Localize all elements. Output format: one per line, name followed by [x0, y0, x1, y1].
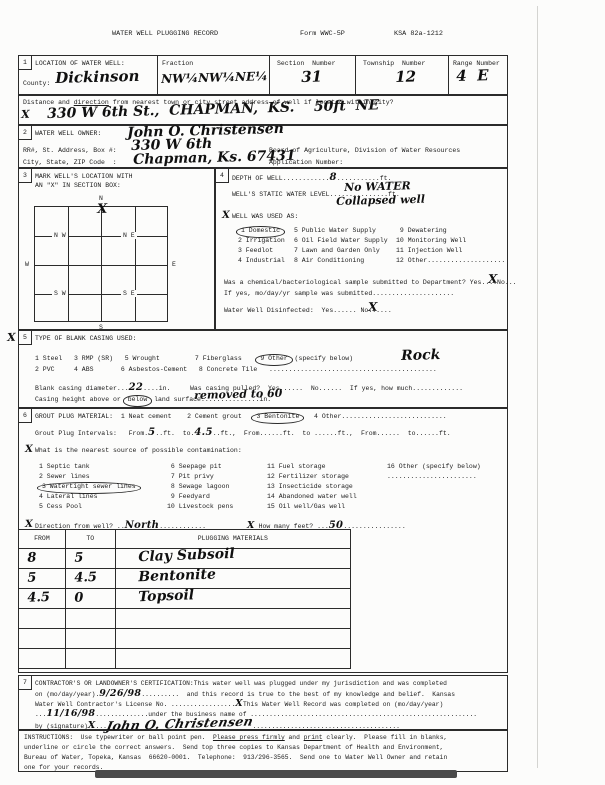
used-as-item: 10 Monitoring Well [396, 237, 466, 244]
bentonite-circled: 3 Bentonite [251, 412, 304, 424]
casing-other-rock-handwritten: Rock [401, 348, 441, 363]
contamination-item: 8 Sewage lagoon [167, 483, 229, 490]
static-note-collapsed-handwritten: Collapsed well [336, 194, 425, 207]
distance-x-mark: X [21, 109, 30, 120]
grid-line [35, 265, 167, 266]
table-row [19, 648, 350, 668]
used-as-item: 12 Other.................... [396, 257, 505, 264]
form-statute: KSA 82a-1212 [394, 31, 443, 38]
certification-line2: on (mo/day/year).9/26/98.......... and t… [35, 690, 455, 698]
contamination-item: 9 Feedyard [167, 493, 210, 500]
section-number-label: Section Number [277, 60, 336, 67]
range-cell: Range Number 4 E [448, 56, 509, 94]
section-number-cell: Section Number 31 [269, 56, 356, 94]
table-row [19, 608, 350, 628]
certification-line5: by (signature)X...John O. Christensen...… [35, 720, 400, 730]
plugging-table: FROM TO PLUGGING MATERIALS 8 5 Clay Subs… [18, 529, 351, 669]
record-date-handwritten: 11/16/98 [46, 708, 95, 719]
section3-number: 3 [19, 169, 32, 183]
address-label: RR#, St. Address, Box #: [23, 147, 117, 154]
instructions-box: INSTRUCTIONS: Use typewriter or ball poi… [18, 730, 508, 772]
contamination-item: 16 Other (specify below) [387, 463, 481, 470]
scan-shadow-band [95, 770, 457, 778]
grid-line [135, 207, 136, 321]
contamination-item: 3 Watertight sewer lines [39, 483, 139, 491]
section7-certification-box: 7 CONTRACTOR'S OR LANDOWNER'S CERTIFICAT… [18, 675, 508, 730]
city-label: City, State, ZIP Code : [23, 159, 117, 166]
casing-height-handwritten: removed to 60 [194, 388, 283, 401]
used-as-item: 3 Feedlot [238, 247, 273, 254]
section2-owner-box: 2 WATER WELL OWNER: John O. Christensen … [18, 125, 508, 168]
below-circled: below [123, 395, 153, 407]
disinfected-no-x-mark: X [368, 301, 378, 313]
compass-e-label: E [172, 261, 176, 268]
compass-se-label: S E [121, 290, 137, 297]
compass-sw-label: S W [52, 290, 68, 297]
fraction-value-handwritten: NW¼NW¼NE¼ [161, 70, 268, 85]
section1-location-box: 1 LOCATION OF WATER WELL: County: Dickin… [18, 55, 508, 95]
certification-line3: Water Well Contractor's License No. ....… [35, 700, 443, 708]
county-cell: LOCATION OF WATER WELL: County: Dickinso… [19, 56, 158, 94]
depth-value-handwritten: 8 [330, 172, 337, 183]
col-to-header: TO [66, 530, 115, 547]
page-edge-line [537, 6, 538, 768]
table-row [19, 628, 350, 648]
instructions-line4: one for your records. [24, 764, 103, 771]
well-location-x-mark: X [97, 203, 107, 216]
contamination-item: 6 Seepage pit [167, 463, 222, 470]
contamination-item: 2 Sewer lines [39, 473, 90, 480]
instructions-line3: Bureau of Water, Topeka, Kansas 66620-00… [24, 754, 447, 761]
sample-submitted-line: If yes, mo/day/yr sample was submitted..… [224, 290, 454, 297]
watertight-sewer-circled: 3 Watertight sewer lines [37, 482, 141, 494]
grout-intervals-line: Grout Plug Intervals: From.5..ft. to.4.5… [35, 429, 451, 437]
township-label: Township Number [363, 60, 425, 67]
contamination-item: 10 Livestock pens [167, 503, 233, 510]
other-circled: 9 Other [255, 354, 292, 366]
record-completed-x-mark: X [235, 698, 243, 709]
used-as-item: 7 Lawn and Garden Only [294, 247, 380, 254]
plugged-date-handwritten: 9/26/98 [99, 688, 141, 699]
section3-title-line1: MARK WELL'S LOCATION WITH [35, 173, 133, 180]
chem-sample-no-x-mark: X [488, 273, 498, 285]
township-cell: Township Number 12 [355, 56, 449, 94]
form-number: Form WWC-5P [300, 31, 345, 38]
section5-casing-box: 5 TYPE OF BLANK CASING USED: 1 Steel 3 R… [18, 330, 508, 408]
section-grid: N W N E S W S E X [34, 206, 168, 322]
used-as-item: 6 Oil Field Water Supply [294, 237, 388, 244]
fraction-label: Fraction [162, 60, 193, 67]
section3-mark-box: 3 MARK WELL'S LOCATION WITH AN "X" IN SE… [18, 168, 215, 330]
contamination-x-mark: X [25, 445, 33, 455]
contamination-item: 11 Fuel storage [267, 463, 326, 470]
county-label: County: [23, 80, 50, 87]
domestic-circled: 1 Domestic [236, 226, 285, 238]
section5-number: 5 [19, 331, 32, 345]
compass-ne-label: N E [121, 232, 137, 239]
used-as-item: 9 Dewatering [396, 227, 447, 234]
interval-to-handwritten: 4.5 [194, 427, 212, 438]
used-as-item: 8 Air Conditioning [294, 257, 364, 264]
county-value-handwritten: Dickinson [55, 69, 140, 86]
form-title: WATER WELL PLUGGING RECORD [112, 31, 218, 38]
owner-label: WATER WELL OWNER: [35, 130, 101, 137]
contamination-item: 12 Fertilizer storage [267, 473, 349, 480]
contamination-item: 1 Septic tank [39, 463, 90, 470]
used-as-item: 11 Injection Well [396, 247, 462, 254]
instructions-line2: underline or circle the correct answers.… [24, 744, 443, 751]
static-note-no-water-handwritten: No WATER [344, 180, 411, 193]
fraction-cell: Fraction NW¼NW¼NE¼ [157, 56, 270, 94]
city-value-handwritten: Chapman, Ks. 67431 [133, 149, 296, 167]
used-as-item: 2 Irrigation [238, 237, 285, 244]
grid-line [101, 207, 102, 321]
section4-depth-box: 4 DEPTH OF WELL............8...........f… [215, 168, 508, 330]
compass-w-label: W [25, 261, 29, 268]
section4-number: 4 [216, 169, 229, 183]
diameter-value-handwritten: 22 [129, 382, 144, 393]
signature-handwritten: John O. Christensen [106, 717, 254, 729]
contamination-item: ....................... [387, 473, 477, 480]
section1-title: LOCATION OF WATER WELL: [35, 60, 125, 67]
scanned-form-page: WATER WELL PLUGGING RECORD Form WWC-5P K… [0, 0, 605, 785]
contamination-item: 4 Lateral lines [39, 493, 98, 500]
contamination-title: What is the nearest source of possible c… [35, 447, 242, 454]
casing-type-row1: 1 Steel 3 RMP (SR) 5 Wrought 7 Fiberglas… [35, 355, 353, 363]
compass-nw-label: N W [52, 232, 68, 239]
used-as-item: 1 Domestic [238, 227, 283, 235]
contamination-item: 14 Abandoned water well [267, 493, 357, 500]
township-value-handwritten: 12 [395, 69, 416, 85]
section6-number: 6 [19, 409, 32, 423]
section2-number: 2 [19, 126, 32, 140]
grid-line [68, 207, 69, 321]
certification-line4: ...11/16/98..............under the busin… [35, 710, 477, 718]
contamination-item: 15 Oil well/Gas well [267, 503, 345, 510]
section5-title: TYPE OF BLANK CASING USED: [35, 335, 136, 342]
used-as-x-mark: X [222, 211, 230, 221]
certification-line1: CONTRACTOR'S OR LANDOWNER'S CERTIFICATIO… [35, 680, 447, 687]
used-as-item: 4 Industrial [238, 257, 285, 264]
used-as-item: 5 Public Water Supply [294, 227, 376, 234]
range-value-handwritten: 4 E [456, 68, 489, 84]
contamination-item: 13 Insecticide storage [267, 483, 353, 490]
chem-sample-line: Was a chemical/bacteriological sample su… [224, 279, 517, 286]
section-number-value-handwritten: 31 [301, 69, 322, 85]
grout-material-line: GROUT PLUG MATERIAL: 1 Neat cement 2 Cem… [35, 413, 447, 421]
disinfected-line: Water Well Disinfected: Yes...... No....… [224, 307, 392, 314]
section3-title-line2: AN "X" IN SECTION BOX: [35, 182, 121, 189]
used-as-title: WELL WAS USED AS: [232, 213, 298, 220]
section5-margin-x-mark: X [7, 332, 16, 343]
casing-type-row2: 2 PVC 4 ABS 6 Asbestos-Cement 8 Concrete… [35, 366, 437, 373]
section7-number: 7 [19, 676, 32, 690]
agency-text: Board of Agriculture, Division of Water … [269, 147, 460, 154]
contamination-item: 7 Pit privy [167, 473, 214, 480]
table-row: 4.5 0 Topsoil [19, 588, 350, 608]
instructions-line1: INSTRUCTIONS: Use typewriter or ball poi… [24, 734, 447, 741]
col-from-header: FROM [19, 530, 65, 547]
contamination-item: 5 Cess Pool [39, 503, 82, 510]
